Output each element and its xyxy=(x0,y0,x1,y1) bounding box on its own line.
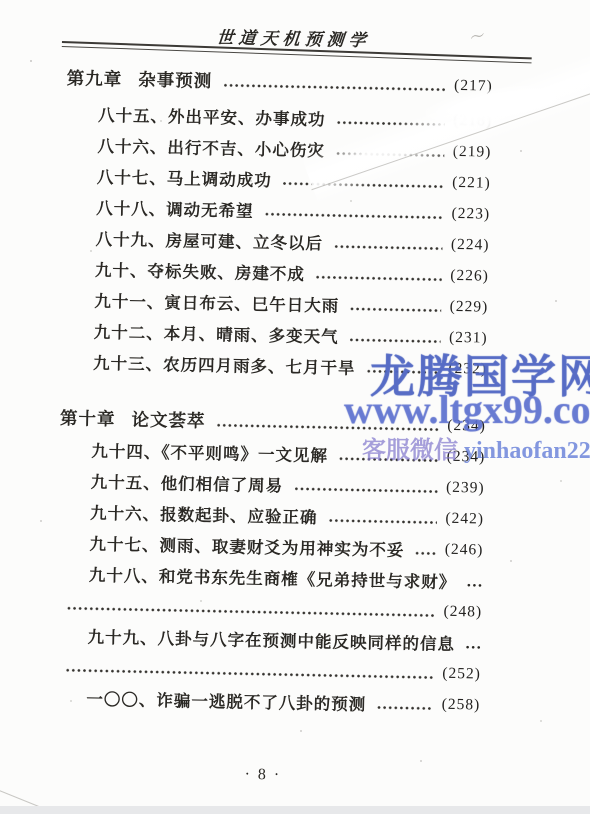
folio-page-number: · 8 · xyxy=(47,762,479,789)
chapter-number: 第九章 xyxy=(67,65,123,91)
dot-leader xyxy=(215,422,439,432)
chapter-title: 杂事预测 xyxy=(138,67,212,93)
toc-entry-title: 八十六、出行不吉、小心伤灾 xyxy=(97,132,325,161)
toc-entry-title: 九十三、农历四月雨多、七月干旱 xyxy=(93,349,356,378)
toc-page-number: (221) xyxy=(452,173,491,192)
dot-leader xyxy=(315,274,443,283)
chapter-number: 第十章 xyxy=(60,405,116,431)
toc-page-number: (242) xyxy=(445,509,484,528)
toc-entry-title: 九十九、八卦与八字在预测中能反映同样的信息 xyxy=(87,623,455,654)
dot-leader xyxy=(338,455,439,463)
toc-page-number: (234) xyxy=(447,447,486,466)
toc-page-number: (234) xyxy=(447,416,486,435)
book-title: 世道天机预测学 xyxy=(76,22,510,57)
toc-page-number: (226) xyxy=(450,266,489,285)
ellipsis: … xyxy=(466,571,486,591)
chapter-title: 论文荟萃 xyxy=(131,406,205,432)
dot-leader xyxy=(327,517,437,525)
toc-page-number: (231) xyxy=(449,328,488,347)
dot-leader xyxy=(293,485,438,494)
toc-page-number: (239) xyxy=(446,478,485,497)
toc-entry-title: 八十五、外出平安、办事成功 xyxy=(98,101,326,130)
scan-edge-strip xyxy=(0,806,590,814)
toc-entry-title: 九十四、《不平则鸣》一文见解 xyxy=(91,437,328,466)
toc-entry-title: 八十七、马上调动成功 xyxy=(97,163,272,191)
dot-leader xyxy=(264,211,444,221)
toc-entry-title: 八十九、房屋可建、立冬以后 xyxy=(95,225,323,254)
dot-leader xyxy=(365,368,440,376)
toc-page-number: (229) xyxy=(450,297,489,316)
toc-page-number: (258) xyxy=(442,695,481,714)
toc-entry-title: 九十二、本月、晴雨、多变天气 xyxy=(93,318,338,347)
toc-page-number: (232) xyxy=(448,359,487,378)
dot-leader xyxy=(222,82,446,92)
ellipsis: … xyxy=(465,633,485,653)
toc-chapter-row: 第九章 杂事预测 (217) xyxy=(60,62,493,102)
scanned-page: 世道天机预测学 第九章 杂事预测 (217) 八十五、外出平安、办事成功 (21… xyxy=(0,0,590,814)
toc-page-number: (223) xyxy=(451,204,490,223)
dot-leader xyxy=(66,605,435,618)
toc-page-number: (246) xyxy=(445,540,484,559)
dot-leader xyxy=(65,667,434,680)
scan-noise xyxy=(30,60,32,62)
toc-page-number: (248) xyxy=(443,602,482,621)
toc-entry-title: 八十八、调动无希望 xyxy=(96,194,254,221)
toc-entry-title: 九十五、他们相信了周易 xyxy=(90,468,283,496)
dot-leader xyxy=(414,550,437,556)
dot-leader xyxy=(349,305,442,313)
toc-entry-title: 九十、夺标失败、房建不成 xyxy=(95,256,305,284)
toc-entry-title: 九十一、寅日布云、巳午日大雨 xyxy=(94,287,339,316)
toc-entry-title: 九十六、报数起卦、应验正确 xyxy=(90,499,318,528)
toc-entry-title: 九十八、和党书东先生商榷《兄弟持世与求财》 xyxy=(89,561,457,592)
dot-leader xyxy=(376,704,434,711)
toc-page-number: (252) xyxy=(442,664,481,683)
toc-page-number: (224) xyxy=(451,235,490,254)
dot-leader xyxy=(349,336,442,344)
toc-entry-title: 一〇〇、诈骗一逃脱不了八卦的预测 xyxy=(86,685,366,715)
toc-entry-title: 九十七、测雨、取妻财爻为用神实为不妥 xyxy=(89,530,404,560)
dot-leader xyxy=(333,243,443,251)
